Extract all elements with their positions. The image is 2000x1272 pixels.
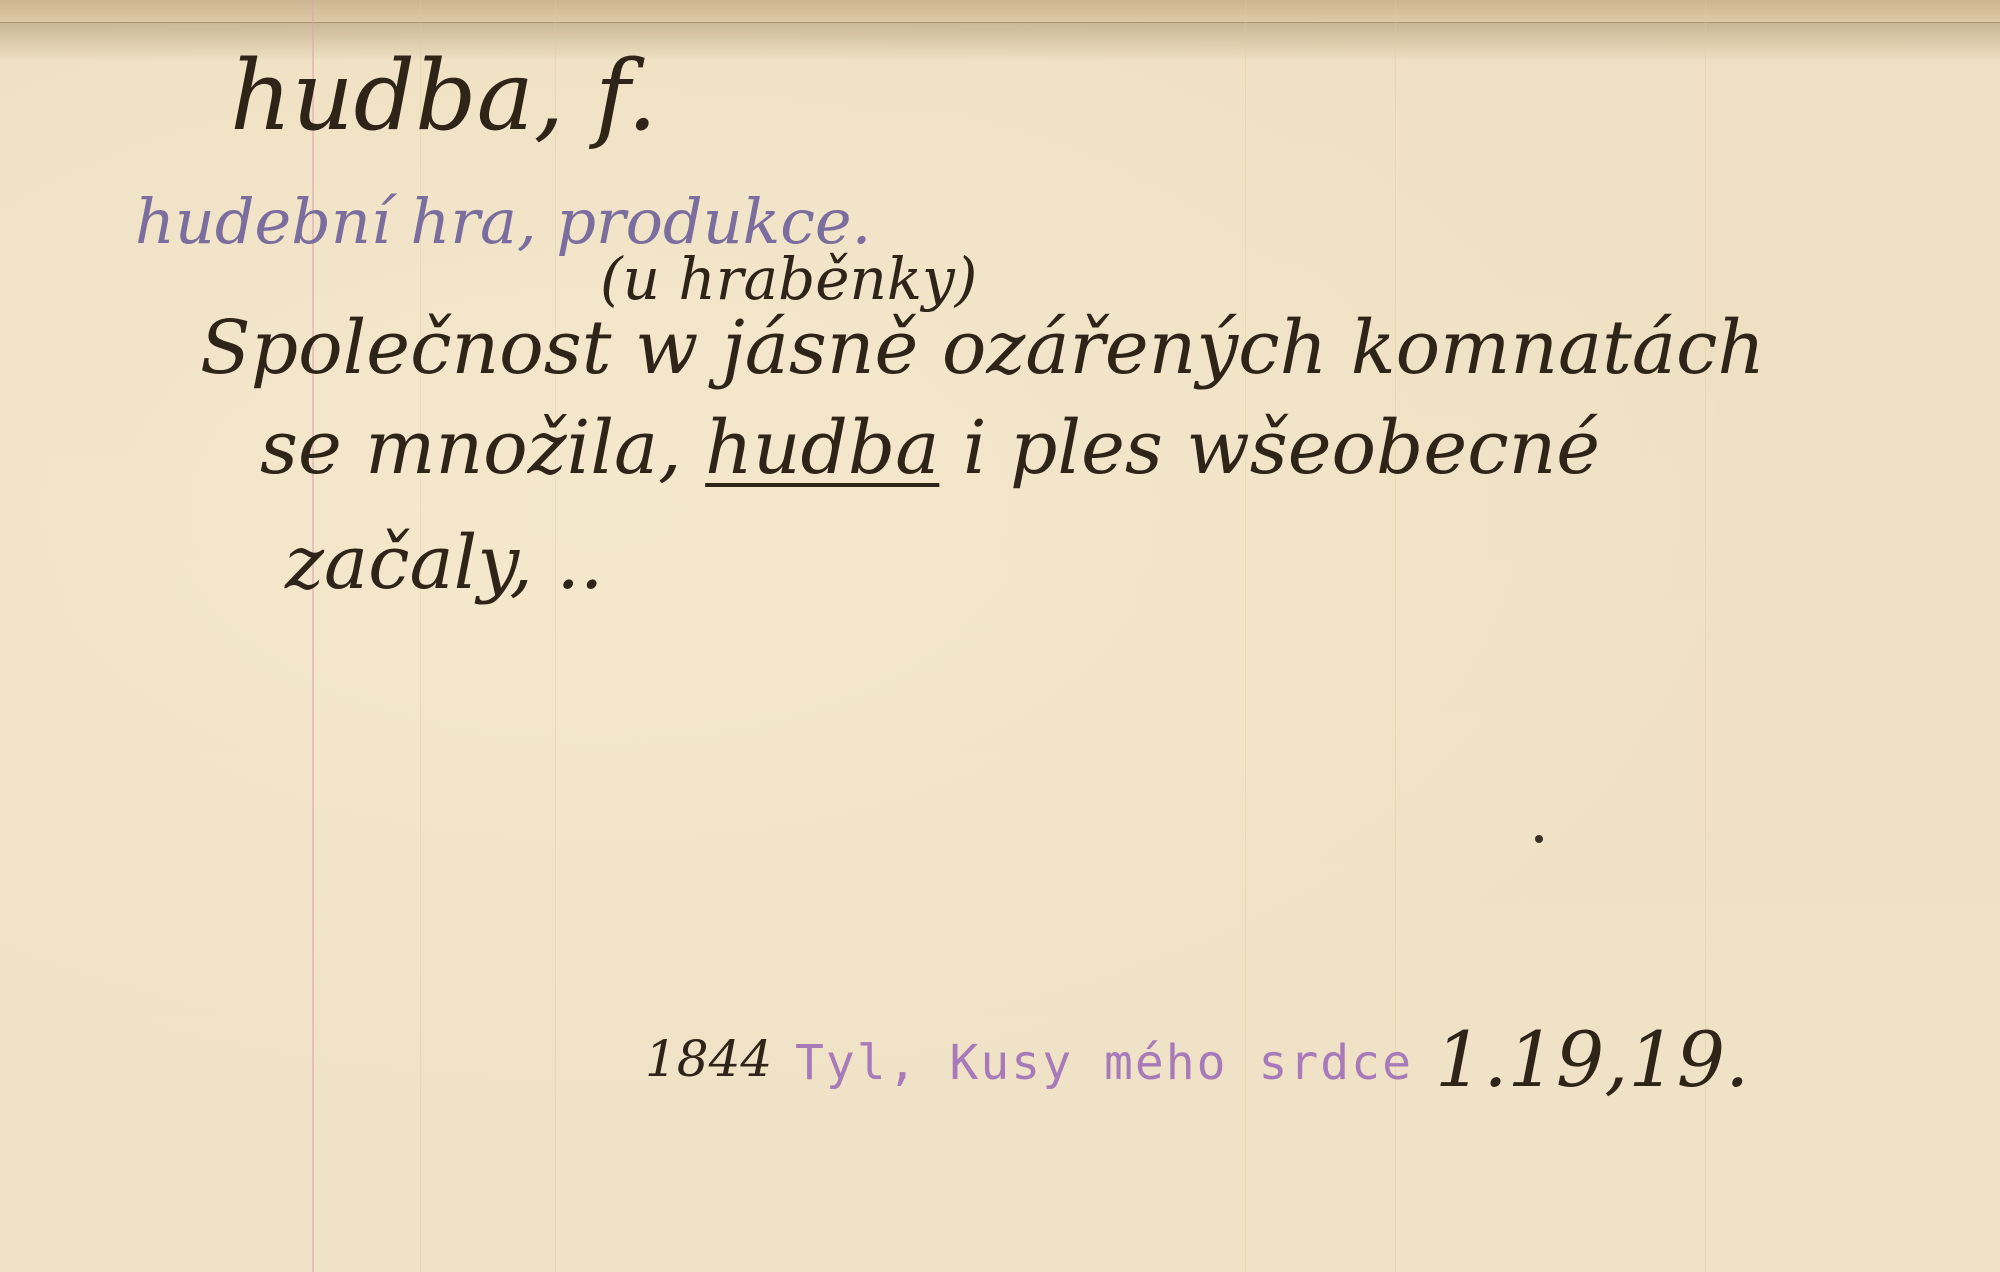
source-stamp: Tyl, Kusy mého srdce xyxy=(795,1035,1413,1091)
ink-speck xyxy=(1535,835,1543,843)
headword: hudba, f. xyxy=(230,40,657,152)
citation-text: se množila, xyxy=(260,405,705,491)
source-year: 1844 xyxy=(645,1030,772,1088)
card-top-edge xyxy=(0,0,2000,23)
source-reference: 1.19,19. xyxy=(1435,1015,1749,1104)
underlined-headword: hudba xyxy=(705,405,939,491)
citation-line-3: začaly, .. xyxy=(285,520,603,606)
citation-text: i ples wšeobecné xyxy=(939,405,1600,491)
citation-line-2: se množila, hudba i ples wšeobecné xyxy=(260,405,1600,491)
lexicon-card: hudba, f. hudební hra, produkce. (u hrab… xyxy=(0,0,2000,1272)
gloss-note: (u hraběnky) xyxy=(600,245,977,313)
citation-line-1: Společnost w jásně ozářených komnatách xyxy=(200,305,1765,391)
